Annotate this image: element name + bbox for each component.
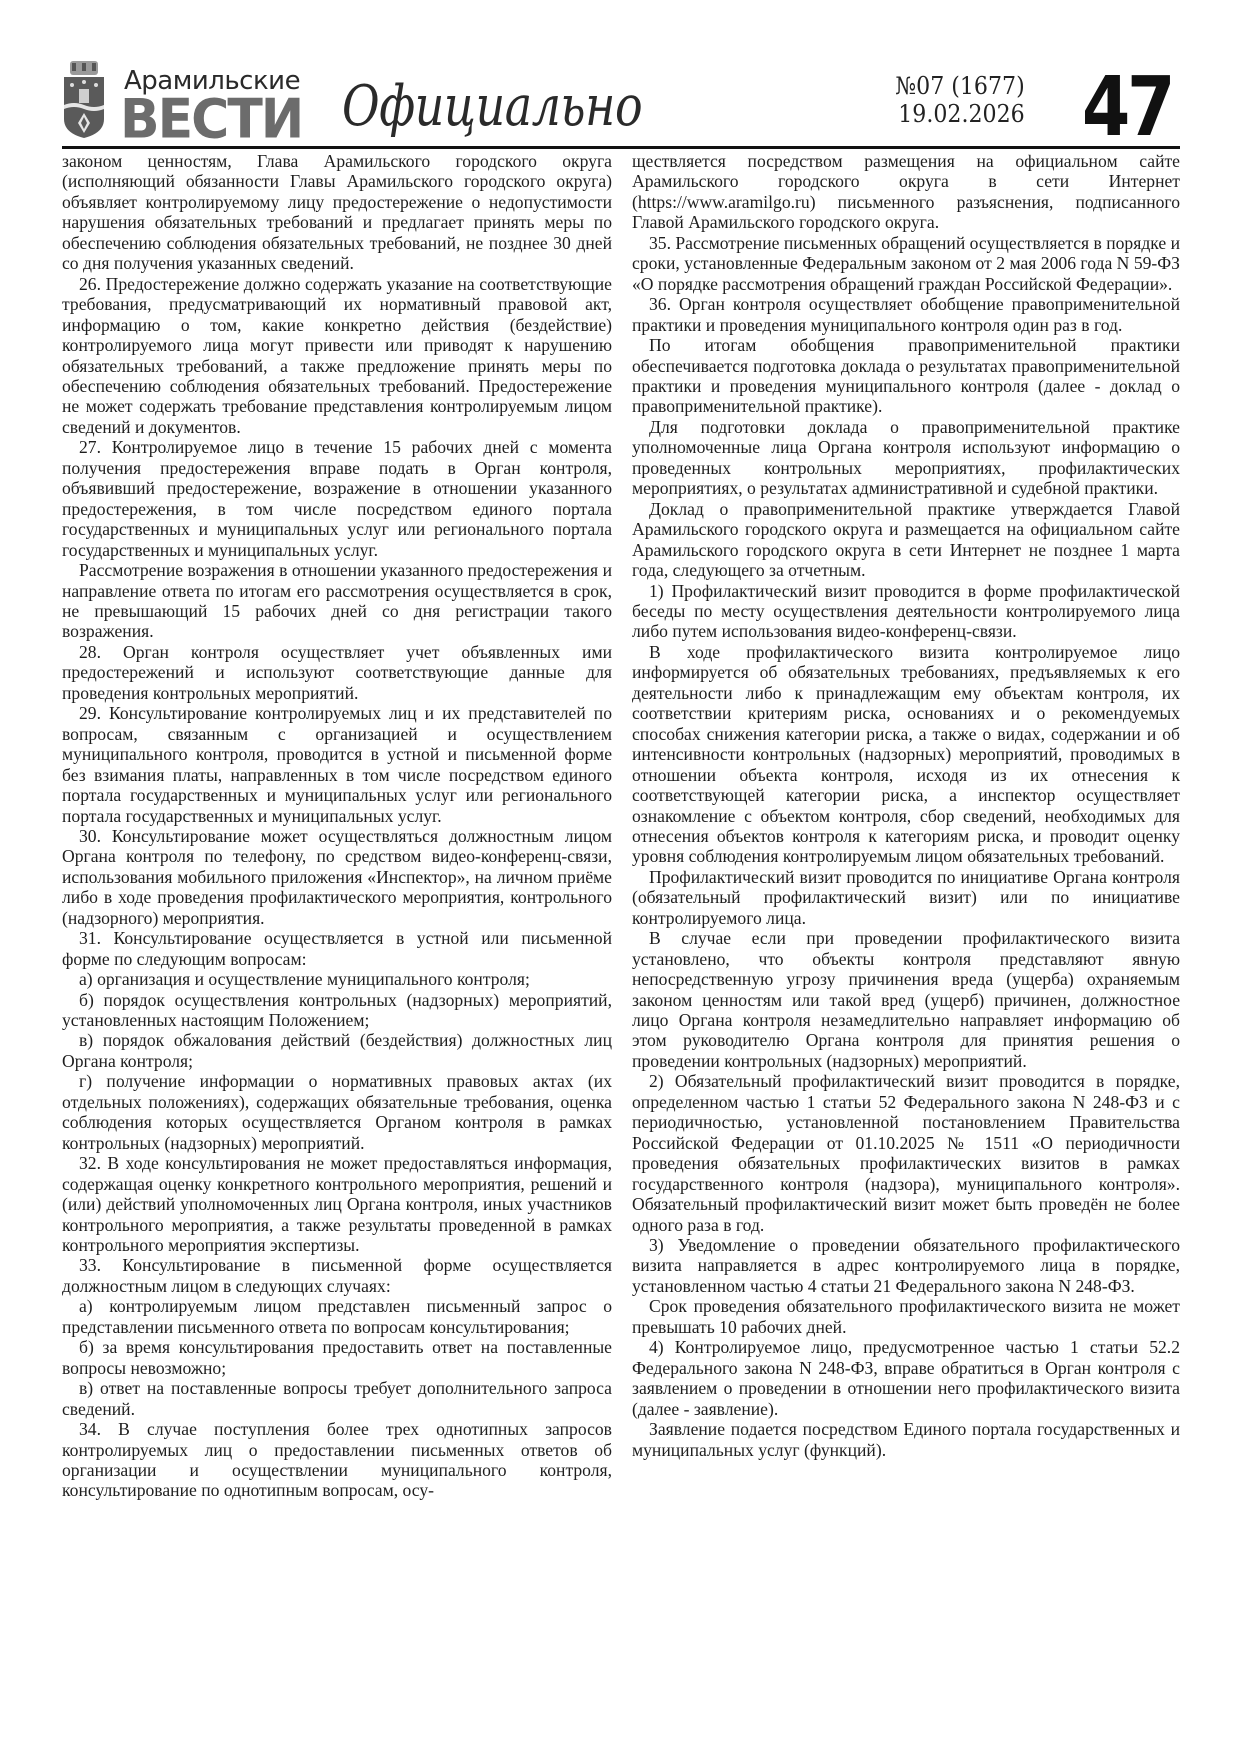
paragraph: а) организация и осуществление муниципал… bbox=[62, 969, 612, 989]
paragraph: 34. В случае поступления более трех одно… bbox=[62, 1419, 612, 1501]
paragraph: В случае если при проведении профилактич… bbox=[632, 928, 1180, 1071]
paragraph: 35. Рассмотрение письменных обращений ос… bbox=[632, 233, 1180, 294]
paragraph: а) контролируемым лицом представлен пись… bbox=[62, 1296, 612, 1337]
paragraph: 29. Консультирование контролируемых лиц … bbox=[62, 703, 612, 826]
paragraph: 26. Предостережение должно содержать ука… bbox=[62, 274, 612, 438]
paragraph: Доклад о правоприменительной практике ут… bbox=[632, 499, 1180, 581]
paragraph: Рассмотрение возражения в отношении указ… bbox=[62, 560, 612, 642]
header-rule bbox=[62, 146, 1180, 149]
paragraph: ществляется посредством размещения на оф… bbox=[632, 151, 1180, 233]
right-column: ществляется посредством размещения на оф… bbox=[632, 151, 1180, 1460]
paragraph: 4) Контролируемое лицо, предусмотренное … bbox=[632, 1337, 1180, 1419]
paragraph: Заявление подается посредством Единого п… bbox=[632, 1419, 1180, 1460]
coat-of-arms-icon bbox=[62, 61, 106, 138]
issue-number: №07 (1677) bbox=[896, 72, 1025, 100]
paragraph: в) порядок обжалования действий (бездейс… bbox=[62, 1030, 612, 1071]
paragraph: б) порядок осуществления контрольных (на… bbox=[62, 990, 612, 1031]
paragraph: В ходе профилактического визита контроли… bbox=[632, 642, 1180, 867]
newspaper-name-main: ВЕСТИ bbox=[120, 88, 302, 151]
paragraph: 3) Уведомление о проведении обязательног… bbox=[632, 1235, 1180, 1296]
masthead: Арамильские ВЕСТИ Официально №07 (1677) … bbox=[62, 58, 1180, 148]
paragraph: Для подготовки доклада о правоприменител… bbox=[632, 417, 1180, 499]
section-title: Официально bbox=[342, 74, 642, 139]
paragraph: в) ответ на поставленные вопросы требует… bbox=[62, 1378, 612, 1419]
paragraph: Профилактический визит проводится по ини… bbox=[632, 867, 1180, 928]
paragraph: 2) Обязательный профилактический визит п… bbox=[632, 1071, 1180, 1235]
paragraph: 32. В ходе консультирования не может пре… bbox=[62, 1153, 612, 1255]
paragraph: г) получение информации о нормативных пр… bbox=[62, 1071, 612, 1153]
paragraph: 33. Консультирование в письменной форме … bbox=[62, 1255, 612, 1296]
paragraph: законом ценностям, Глава Арамильского го… bbox=[62, 151, 612, 274]
paragraph: По итогам обобщения правоприменительной … bbox=[632, 335, 1180, 417]
paragraph: б) за время консультирования предоставит… bbox=[62, 1337, 612, 1378]
paragraph: Срок проведения обязательного профилакти… bbox=[632, 1296, 1180, 1337]
issue-info: №07 (1677) 19.02.2026 bbox=[896, 72, 1025, 128]
issue-date: 19.02.2026 bbox=[896, 100, 1025, 128]
page-number: 47 bbox=[1082, 60, 1172, 155]
paragraph: 28. Орган контроля осуществляет учет объ… bbox=[62, 642, 612, 703]
paragraph: 36. Орган контроля осуществляет обобщени… bbox=[632, 294, 1180, 335]
paragraph: 27. Контролируемое лицо в течение 15 раб… bbox=[62, 437, 612, 560]
left-column: законом ценностям, Глава Арамильского го… bbox=[62, 151, 612, 1501]
paragraph: 31. Консультирование осуществляется в ус… bbox=[62, 928, 612, 969]
paragraph: 1) Профилактический визит проводится в ф… bbox=[632, 581, 1180, 642]
paragraph: 30. Консультирование может осуществлятьс… bbox=[62, 826, 612, 928]
